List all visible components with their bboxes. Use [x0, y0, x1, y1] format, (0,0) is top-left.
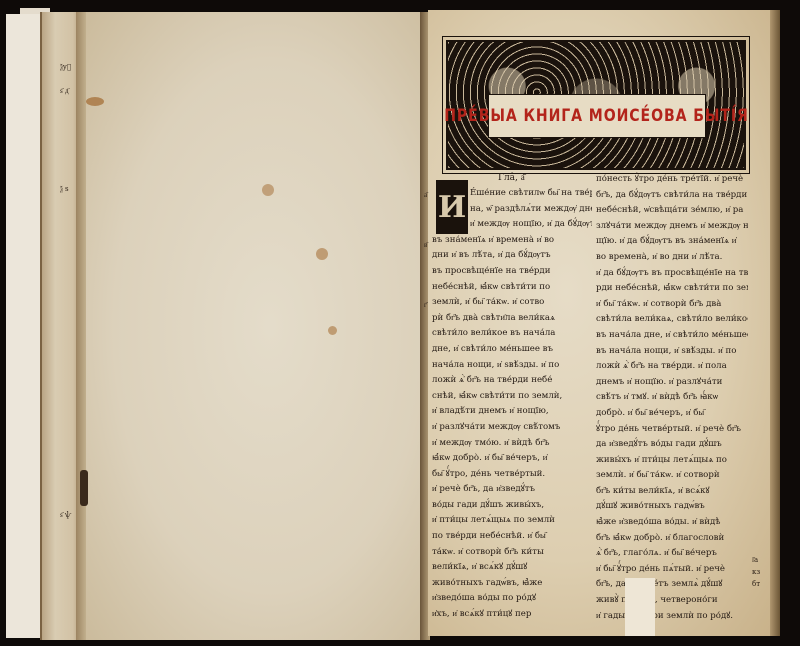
text-column-1: Е́ше́ние свѣтилѡ бы҃ на тве́рдѣ на, ѡ҃ р…: [432, 186, 592, 623]
right-margin-note-3: г҃: [424, 300, 427, 310]
title-box: ПРЕ́ВЫА КНИГА МОИСЕ́ОВА БЫТІ́Я: [488, 94, 706, 138]
left-page-blank: [86, 12, 420, 640]
binding-tear: [80, 470, 88, 506]
right-margin-note-2: в҃: [424, 240, 427, 250]
stain: [262, 184, 274, 196]
right-margin-note-6: бт: [752, 579, 760, 589]
left-margin-note-4: ѕ҃ ѱ: [60, 510, 71, 520]
paper-repair-patch: [625, 578, 655, 636]
right-margin-note-4: і҃а: [752, 555, 758, 565]
page-edge: [770, 10, 780, 636]
stain: [328, 326, 337, 335]
stain: [316, 248, 328, 260]
book-title: ПРЕ́ВЫА КНИГА МОИСЕ́ОВА БЫТІ́Я: [445, 106, 750, 126]
left-margin-note-1: ѯуⷬ: [60, 62, 71, 72]
background-edge: [0, 640, 800, 646]
stain: [86, 97, 104, 106]
text-column-2: по́несть ꙋ҆́тро де́нь тре́тїй. и҆ речѐ б…: [596, 172, 748, 624]
right-margin-note-1: а҃: [424, 190, 427, 200]
left-margin-note-3: ѯ ѕ: [60, 184, 69, 194]
chapter-label: Гла̑, а҃: [498, 172, 525, 183]
right-margin-note-5: кз: [752, 567, 760, 577]
left-margin-note-2: ѕ҃ д҃: [60, 86, 69, 96]
